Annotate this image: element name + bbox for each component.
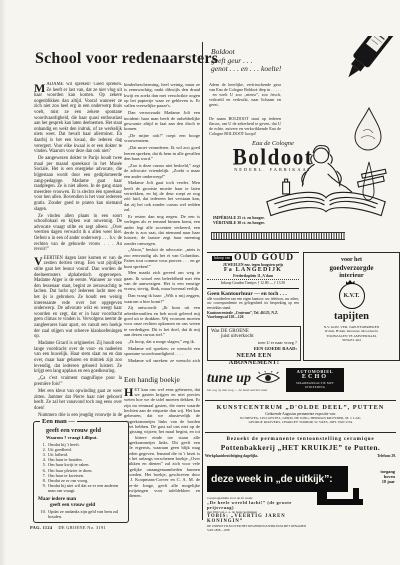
page-footer: PAG. 1124DE GROENE No. 3191	[30, 525, 106, 530]
column-rule	[202, 42, 203, 520]
groene-subscription-ad: Was DE GROENE juist uitverkocht toen U e…	[207, 326, 301, 361]
kvt-tapijten-ad: voor het goedverzorgde interieur K.V.T. …	[303, 252, 400, 361]
money-box-but-line2: geeft een vrouw geld	[50, 502, 128, 508]
woman-writing-illustration	[259, 140, 397, 236]
kvt-product: tapijten	[306, 311, 397, 322]
dropcap: M	[34, 83, 45, 93]
boldoot-prices: IMPÉRIALE 25 ct. en hooger. VÉRITABLE 30…	[213, 215, 265, 225]
divider	[205, 400, 396, 401]
crown-icon	[346, 280, 355, 284]
article-column-1: MADAME wil spreken! Goed spreken. Ze hee…	[34, 82, 122, 418]
boldoot-body-2: De naam BOLDOOT staat op iederen flacon,…	[209, 116, 281, 136]
money-box-question: Waarom ? vraagt Lilliput.	[46, 435, 128, 440]
uitkijk-cinema-ad: deze week in „de uitkijk”: toegang boven…	[207, 466, 396, 518]
booklet-section: Een handig boekje HET kan ons wel eens g…	[124, 376, 200, 505]
booklet-heading: Een handig boekje	[124, 376, 200, 384]
kunstcentrum-ad: KUNSTCENTRUM „D'OLDE DEEL”, PUTTEN Gedur…	[205, 404, 396, 429]
article-column-2: kinderbescherming, heel weinig, maar ze …	[124, 82, 200, 362]
age-restriction: toegang boven 18 jaar	[359, 469, 395, 485]
boldoot-headline: Boldoot geeft geur . . . genot . . . en …	[211, 48, 281, 74]
boldoot-body-1: Adem de heerlijke, verfrisschende geur v…	[209, 82, 281, 107]
divider	[205, 432, 396, 433]
dropcap: V	[34, 256, 43, 266]
oud-goud-title: OUD GOUD	[234, 254, 294, 263]
tune-up-ad: tune up het oog op den weg — de hand aan…	[207, 366, 396, 394]
money-box-tag: Een man —	[40, 418, 77, 425]
kruikje-ad: Bezoekt de permanente tentoonstelling ce…	[205, 436, 396, 463]
dropcap: H	[124, 387, 133, 397]
oud-goud-tag: Inkoop van	[212, 256, 232, 262]
black-decoration	[353, 488, 359, 500]
kvt-logo: K.V.T.	[339, 283, 365, 309]
money-box-subtitle: geeft een vrouw geld	[46, 427, 128, 434]
automobiel-echo-box: AUTOMOBIEL ECHO SPAARBANKACTIE MET UITKE…	[286, 368, 344, 392]
boldoot-ad: Boldoot geeft geur . . . genot . . . en …	[207, 36, 397, 250]
money-reasons-list: Omdat hij 't heeft. Uit goedheid. Uit la…	[34, 442, 126, 494]
newspaper-page: School voor redenaarsters MADAME wil spr…	[0, 0, 400, 565]
list-item: Omdat hij niet wil dat ze er een anderen…	[47, 483, 126, 493]
eye-icon	[255, 371, 281, 385]
kantoor-ad: Geen Kantoorhuur — en toch . . . alle vo…	[207, 291, 299, 323]
money-list-box: Een man — geeft een vrouw geld Waarom ? …	[33, 421, 129, 523]
tune-up-logo: tune up	[207, 371, 251, 386]
article-title: School voor redenaarsters	[35, 50, 218, 68]
money-reason-10: Opdat ze ondanks zijn geld van hem zal h…	[34, 509, 126, 519]
oud-goud-ad: Inkoop van OUD GOUD JUWEELEN enz. tegen …	[207, 252, 299, 289]
uitkijk-program: voorprogramma voor de 2e week: „De heele…	[207, 494, 313, 532]
list-item: Opdat ze ondanks zijn geld van hem zal h…	[47, 509, 126, 519]
